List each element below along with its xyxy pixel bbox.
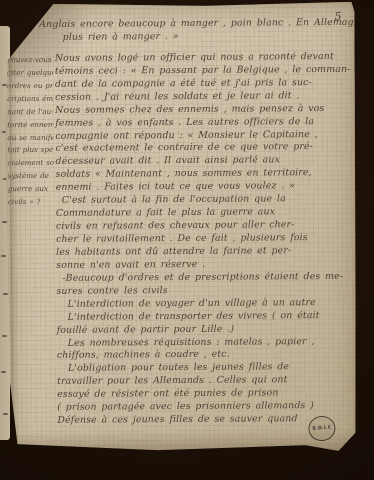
margin-question-fragment: torité ennemie, — [7, 118, 53, 131]
margin-question-fragment: cialement son — [7, 157, 53, 170]
margin-question-fragment: nant de l'au- — [7, 106, 53, 119]
manuscript-page: 5 « Anglais encore beaucoup à manger , p… — [4, 2, 357, 457]
manuscript-line-text: sonne n'en avait en réserve . — [56, 259, 205, 273]
library-stamp-text: B.D.I.C — [312, 425, 331, 431]
margin-question-fragment: criptions éma- — [7, 93, 53, 106]
margin-question-fragment: citer quelques — [7, 67, 53, 80]
margin-question-fragment: où se manifes- — [7, 131, 53, 144]
margin-question-fragment: guerre aux — [8, 183, 54, 196]
manuscript-line-text: fouillé avant de partir pour Lille .) — [57, 323, 235, 337]
manuscript-line-text: chiffons, machines à coudre , etc. — [57, 349, 230, 363]
margin-question-fragment: Pouvez-vous — [7, 54, 53, 67]
manuscript-line-text: plus rien à manger . » — [63, 31, 179, 45]
handwritten-text-block: « Anglais encore beaucoup à manger , pai… — [55, 17, 356, 428]
margin-question-fragment: ordres ou pres- — [7, 80, 53, 93]
manuscript-line: plus rien à manger . » — [55, 30, 353, 45]
margin-question-fragment: tait plus spé- — [7, 144, 53, 157]
margin-question-fragment: système de — [8, 170, 54, 183]
manuscript-line-text: Défense à ces jeunes filles de se sauver… — [57, 413, 297, 428]
margin-question-fragment: civils » ? — [8, 196, 54, 209]
bottom-edge-shading — [7, 429, 357, 457]
manuscript-line-text: sures contre les civils — [56, 285, 167, 299]
previous-page-ink-marks — [2, 84, 7, 86]
library-stamp: B.D.I.C — [307, 415, 336, 442]
